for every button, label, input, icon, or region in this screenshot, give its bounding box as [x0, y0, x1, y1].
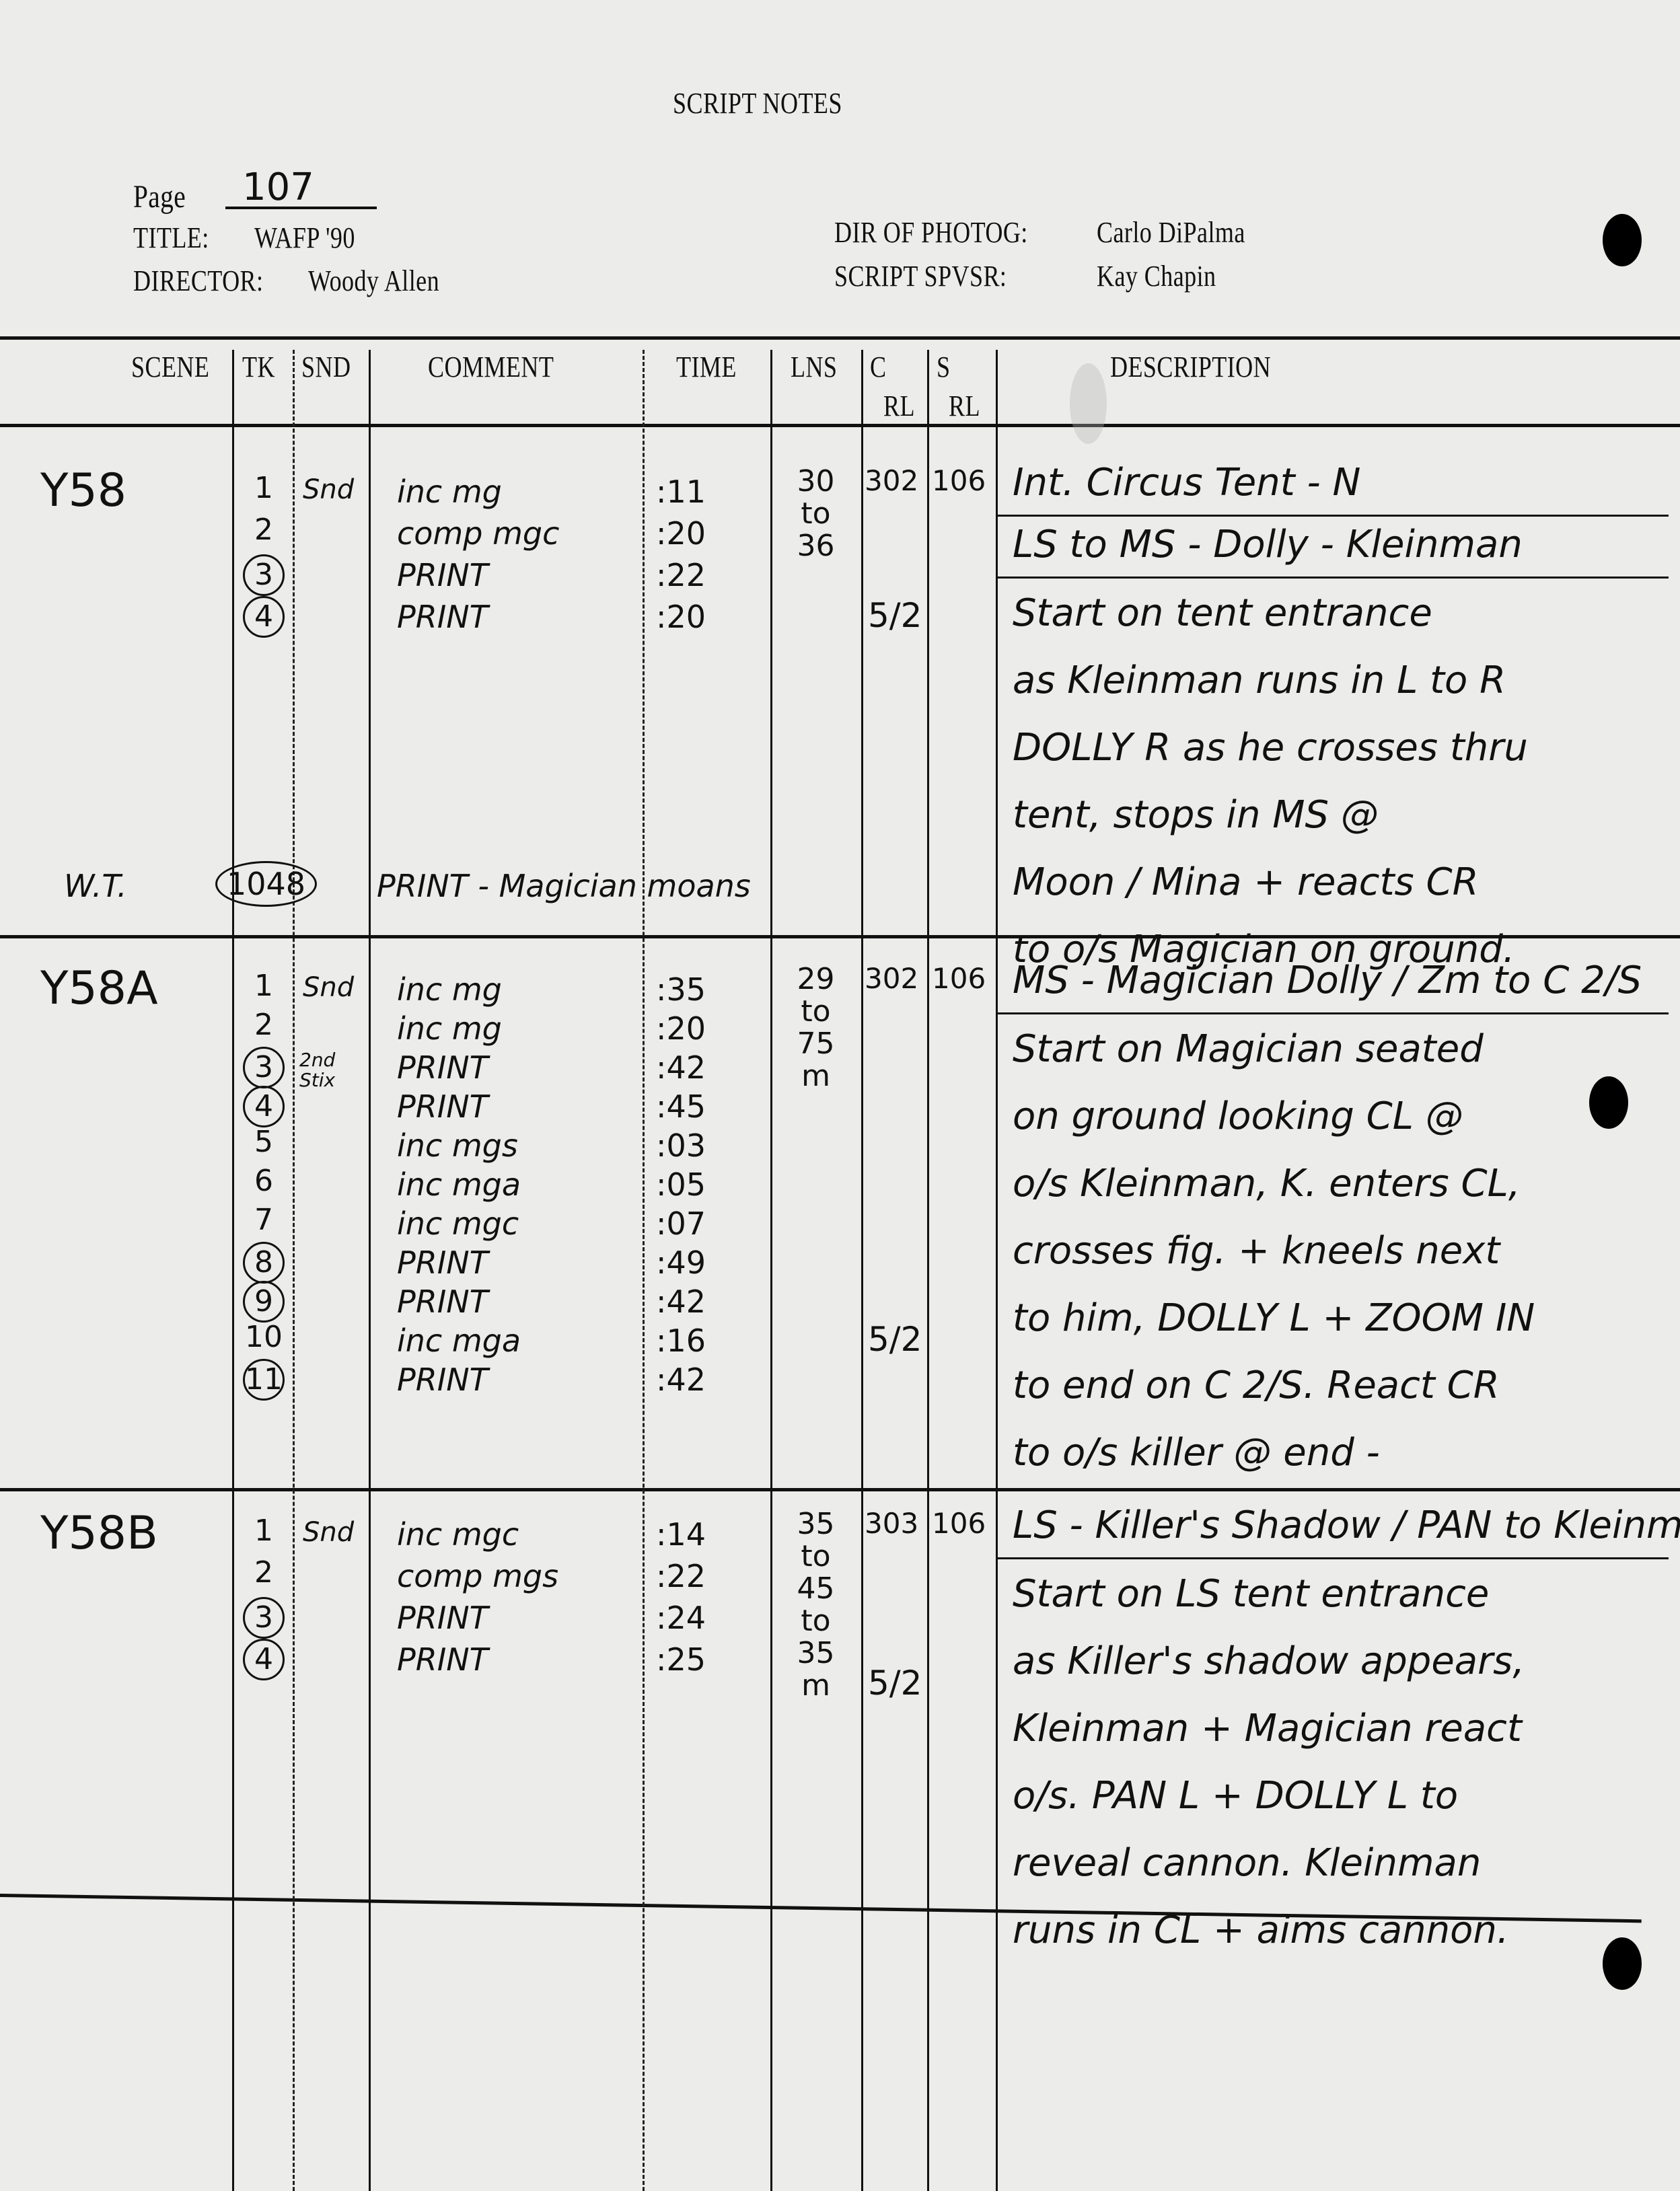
- col-header-snd: SND: [301, 350, 351, 384]
- dop-label: DIR OF PHOTOG:: [834, 215, 1028, 250]
- take-time: :11: [656, 474, 706, 510]
- take-number: 2: [237, 513, 291, 547]
- description-divider: [996, 1557, 1669, 1559]
- lens-value: to: [774, 994, 858, 1029]
- col-line-comment: [643, 350, 645, 2191]
- take-number: 3: [237, 1597, 291, 1639]
- take-comment: comp mgc: [397, 515, 559, 552]
- take-time: :35: [656, 971, 706, 1008]
- take-time: :05: [656, 1166, 706, 1203]
- take-time: :25: [656, 1641, 706, 1678]
- lens-value: m: [774, 1059, 858, 1093]
- take-comment: inc mg: [397, 474, 502, 510]
- dop-value: Carlo DiPalma: [1097, 215, 1245, 250]
- supervisor-value: Kay Chapin: [1097, 259, 1216, 293]
- lens-value: 45: [774, 1571, 858, 1606]
- sound-status: Snd: [303, 474, 354, 505]
- col-header-c: C: [870, 350, 886, 384]
- take-time: :03: [656, 1127, 706, 1164]
- description-line: runs in CL + aims cannon.: [1013, 1908, 1509, 1952]
- camera-roll-fraction: 5/2: [868, 1320, 922, 1359]
- take-time: :16: [656, 1323, 706, 1359]
- take-comment: PRINT: [397, 1600, 488, 1636]
- col-header-comment: COMMENT: [428, 350, 554, 384]
- wild-track-label: W.T.: [64, 868, 127, 904]
- header-bottom-rule: [0, 424, 1680, 427]
- col-header-s-rl: RL: [949, 389, 980, 423]
- description-line: Start on tent entrance: [1013, 591, 1432, 635]
- take-number: 1: [237, 1514, 291, 1548]
- take-time: :22: [656, 557, 706, 593]
- scene-number: Y58A: [40, 962, 158, 1015]
- take-comment: inc mga: [397, 1323, 521, 1359]
- page-label: Page: [133, 178, 186, 215]
- page-number: 107: [242, 165, 314, 209]
- lens-value: 30: [774, 464, 858, 498]
- scene-divider: [0, 1488, 1680, 1491]
- take-number: 9: [237, 1281, 291, 1323]
- take-number: 2: [237, 1008, 291, 1042]
- wild-track-number: 1048: [215, 861, 317, 907]
- title-value: WAFP '90: [254, 221, 355, 255]
- take-number: 4: [237, 1639, 291, 1680]
- col-header-tk: TK: [242, 350, 275, 384]
- description-line: as Killer's shadow appears,: [1013, 1639, 1525, 1683]
- camera-roll-fraction: 5/2: [868, 1664, 922, 1703]
- description-line: tent, stops in MS @: [1013, 793, 1379, 837]
- take-comment: inc mg: [397, 1010, 502, 1047]
- take-number: 5: [237, 1125, 291, 1159]
- description-divider: [996, 1012, 1669, 1014]
- punch-hole: [1589, 1076, 1628, 1129]
- lens-value: m: [774, 1668, 858, 1703]
- take-comment: inc mgs: [397, 1127, 518, 1164]
- col-line-tk: [293, 350, 295, 2191]
- col-header-c-rl: RL: [883, 389, 915, 423]
- col-line-scene: [232, 350, 234, 2191]
- description-line: to him, DOLLY L + ZOOM IN: [1013, 1296, 1535, 1340]
- take-time: :24: [656, 1600, 706, 1636]
- take-comment: comp mgs: [397, 1558, 558, 1594]
- take-comment: PRINT: [397, 1245, 488, 1281]
- col-line-time: [770, 350, 772, 2191]
- sound-roll: 106: [932, 1507, 986, 1540]
- lens-value: to: [774, 1539, 858, 1573]
- coffee-stain: [1070, 363, 1107, 444]
- take-comment: inc mg: [397, 971, 502, 1008]
- col-header-scene: SCENE: [131, 350, 209, 384]
- lens-value: 36: [774, 529, 858, 563]
- col-header-time: TIME: [676, 350, 737, 384]
- take-number: 8: [237, 1242, 291, 1284]
- description-divider: [996, 577, 1669, 579]
- sound-status: Snd: [303, 1517, 354, 1548]
- col-header-lns: LNS: [791, 350, 837, 384]
- col-header-description: DESCRIPTION: [1110, 350, 1271, 384]
- camera-roll-fraction: 5/2: [868, 596, 922, 635]
- take-comment: PRINT: [397, 1049, 488, 1086]
- lens-value: to: [774, 1604, 858, 1638]
- camera-roll: 303: [865, 1507, 918, 1540]
- sound-status: Snd: [303, 972, 354, 1003]
- take-time: :42: [656, 1049, 706, 1086]
- take-comment: PRINT: [397, 557, 488, 593]
- col-line-lns: [861, 350, 863, 2191]
- description-line: Start on LS tent entrance: [1013, 1572, 1489, 1616]
- scene-number: Y58: [40, 464, 126, 517]
- take-time: :45: [656, 1088, 706, 1125]
- col-header-s: S: [937, 350, 950, 384]
- col-line-s: [996, 350, 998, 2191]
- director-label: DIRECTOR:: [133, 264, 263, 298]
- take-number: 6: [237, 1164, 291, 1198]
- take-number: 7: [237, 1203, 291, 1237]
- title-label: TITLE:: [133, 221, 209, 255]
- description-line: Moon / Mina + reacts CR: [1013, 860, 1479, 904]
- take-comment: PRINT: [397, 1088, 488, 1125]
- camera-roll: 302: [865, 464, 918, 497]
- shot-description: MS - Magician Dolly / Zm to C 2/S: [1013, 959, 1642, 1002]
- description-line: o/s. PAN L + DOLLY L to: [1013, 1774, 1458, 1818]
- description-line: Kleinman + Magician react: [1013, 1707, 1522, 1750]
- description-line: to o/s killer @ end -: [1013, 1431, 1380, 1475]
- take-comment: inc mgc: [397, 1205, 519, 1242]
- take-comment: inc mga: [397, 1166, 521, 1203]
- take-comment: PRINT: [397, 1641, 488, 1678]
- take-number: 2: [237, 1555, 291, 1590]
- director-value: Woody Allen: [308, 264, 439, 298]
- take-number: 4: [237, 1086, 291, 1127]
- document-title: SCRIPT NOTES: [673, 86, 842, 120]
- take-time: :20: [656, 515, 706, 552]
- description-line: as Kleinman runs in L to R: [1013, 659, 1506, 702]
- description-line: to end on C 2/S. React CR: [1013, 1364, 1500, 1407]
- take-time: :42: [656, 1362, 706, 1398]
- table-top-rule: [0, 336, 1680, 340]
- take-time: :49: [656, 1245, 706, 1281]
- shot-description: LS to MS - Dolly - Kleinman: [1013, 523, 1523, 566]
- take-time: :20: [656, 599, 706, 635]
- take-comment: PRINT: [397, 1362, 488, 1398]
- sound-note: 2nd Stix: [299, 1050, 353, 1090]
- wild-track-comment: PRINT - Magician moans: [377, 868, 751, 904]
- take-number: 4: [237, 596, 291, 638]
- take-time: :07: [656, 1205, 706, 1242]
- lens-value: 29: [774, 962, 858, 996]
- punch-hole: [1603, 214, 1642, 266]
- take-number: 3: [237, 1047, 291, 1088]
- scene-number: Y58B: [40, 1507, 158, 1560]
- take-number: 1: [237, 471, 291, 505]
- take-time: :14: [656, 1516, 706, 1553]
- description-line: crosses fig. + kneels next: [1013, 1229, 1500, 1273]
- take-comment: PRINT: [397, 1284, 488, 1320]
- take-comment: inc mgc: [397, 1516, 519, 1553]
- lens-value: 75: [774, 1027, 858, 1061]
- lens-value: 35: [774, 1636, 858, 1670]
- description-line: Start on Magician seated: [1013, 1027, 1484, 1071]
- camera-roll: 302: [865, 962, 918, 995]
- description-divider: [996, 515, 1669, 517]
- take-number: 3: [237, 554, 291, 596]
- supervisor-label: SCRIPT SPVSR:: [834, 259, 1007, 293]
- take-comment: PRINT: [397, 599, 488, 635]
- description-line: reveal cannon. Kleinman: [1013, 1841, 1481, 1885]
- description-line: on ground looking CL @: [1013, 1094, 1463, 1138]
- take-time: :22: [656, 1558, 706, 1594]
- shot-description: LS - Killer's Shadow / PAN to Kleinman: [1013, 1503, 1680, 1547]
- take-number: 1: [237, 969, 291, 1003]
- description-line: o/s Kleinman, K. enters CL,: [1013, 1162, 1521, 1205]
- scene-slugline: Int. Circus Tent - N: [1013, 461, 1360, 505]
- sound-roll: 106: [932, 962, 986, 995]
- sound-roll: 106: [932, 464, 986, 497]
- page-underline: [225, 207, 377, 209]
- punch-hole: [1603, 1937, 1642, 1990]
- lens-value: to: [774, 496, 858, 531]
- take-number: 10: [237, 1320, 291, 1354]
- take-time: :42: [656, 1284, 706, 1320]
- col-line-snd: [369, 350, 371, 2191]
- take-time: :20: [656, 1010, 706, 1047]
- col-line-c: [927, 350, 929, 2191]
- description-line: DOLLY R as he crosses thru: [1013, 726, 1528, 770]
- lens-value: 35: [774, 1507, 858, 1541]
- take-number: 11: [237, 1359, 291, 1401]
